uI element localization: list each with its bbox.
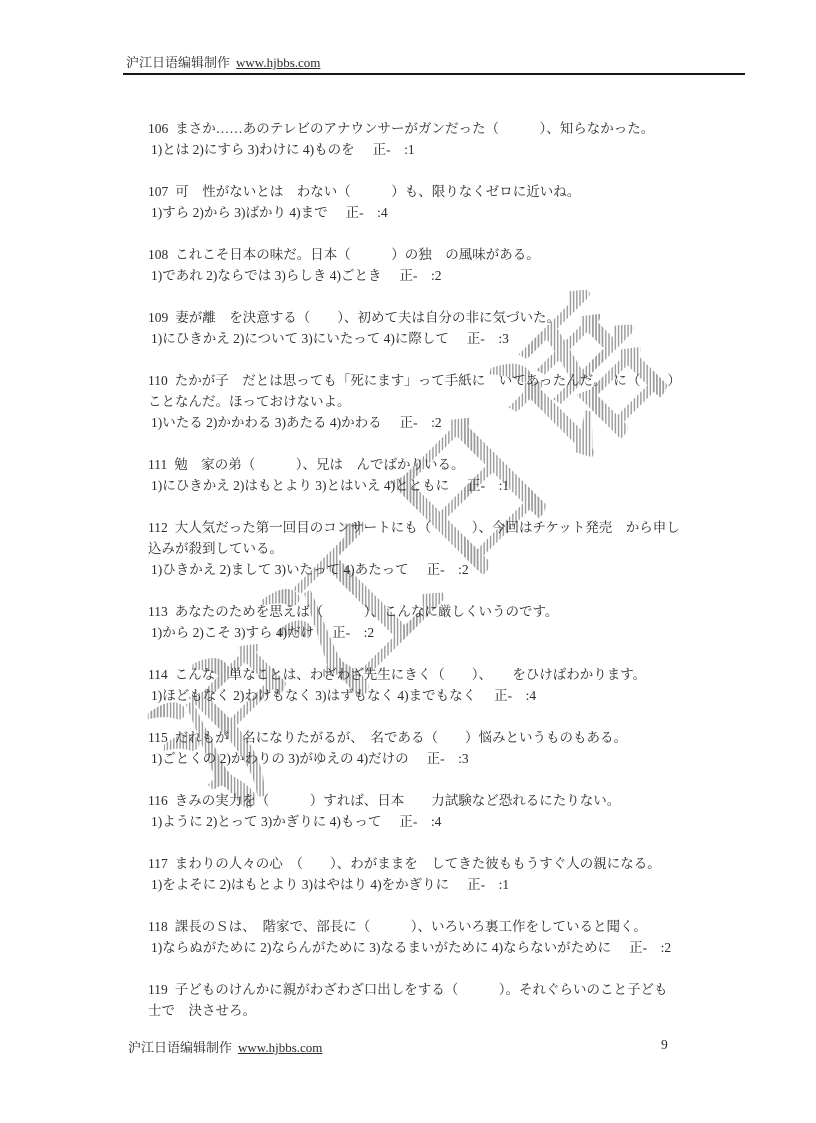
question-text: こんな 単なことは、わざわざ先生にきく（ ）、 をひけばわかります。 — [175, 667, 646, 682]
question-116: 116きみの実力を（ ）すれば、日本 力試験など恐れるにたりない。1)ように 2… — [148, 790, 748, 832]
question-117: 117まわりの人々の心 （ ）、わがままを してきた彼ももうすぐ人の親になる。1… — [148, 853, 748, 895]
answer-key: 正- :2 — [427, 562, 469, 577]
question-112: 112大人気だった第一回目のコンサートにも（ ）、今回はチケット発売 から申し込… — [148, 517, 748, 580]
question-line: 119子どものけんかに親がわざわざ口出しをする（ ）。それぐらいのこと子ども — [148, 979, 748, 1000]
question-text: 可 性がないとは わない（ ）も、限りなくゼロに近いね。 — [175, 184, 580, 199]
question-number: 108 — [148, 247, 168, 262]
question-text-continued: ことなんだ。ほっておけないよ。 — [148, 394, 351, 409]
options-text: 1)にひきかえ 2)について 3)にいたって 4)に際して — [151, 331, 449, 346]
question-options: 1)にひきかえ 2)について 3)にいたって 4)に際して正- :3 — [148, 328, 748, 349]
question-106: 106まさか……あのテレビのアナウンサーがガンだった（ ）、知らなかった。1)と… — [148, 118, 748, 160]
answer-key: 正- :2 — [332, 625, 374, 640]
answer-key: 正- :2 — [400, 415, 442, 430]
question-text: たかが子 だとは思っても「死にます」って手紙に いてあったんだ。 に（ ） — [175, 373, 681, 388]
question-line: 士で 決させろ。 — [148, 1000, 748, 1021]
answer-key: 正- :3 — [427, 751, 469, 766]
answer-key: 正- :1 — [467, 877, 509, 892]
question-number: 109 — [148, 310, 168, 325]
question-number: 116 — [148, 793, 168, 808]
question-text: あなたのためを思えば（ ）、こんなに厳しくいうのです。 — [175, 604, 559, 619]
question-108: 108これこそ日本の味だ。日本（ ）の独 の風味がある。1)であれ 2)ならでは… — [148, 244, 748, 286]
options-text: 1)から 2)こそ 3)すら 4)だけ — [151, 625, 314, 640]
question-110: 110たかが子 だとは思っても「死にます」って手紙に いてあったんだ。 に（ ）… — [148, 370, 748, 433]
question-line: 112大人気だった第一回目のコンサートにも（ ）、今回はチケット発売 から申し — [148, 517, 748, 538]
options-text: 1)ように 2)とって 3)かぎりに 4)もって — [151, 814, 381, 829]
page-header: 沪江日语编辑制作www.hjbbs.com — [126, 52, 320, 71]
question-text-continued: 士で 決させろ。 — [148, 1003, 256, 1018]
options-text: 1)ひきかえ 2)まして 3)いたって 4)あたって — [151, 562, 409, 577]
question-number: 107 — [148, 184, 168, 199]
answer-key: 正- :2 — [629, 940, 671, 955]
options-text: 1)をよそに 2)はもとより 3)はやはり 4)をかぎりに — [151, 877, 449, 892]
answer-key: 正- :1 — [467, 478, 509, 493]
options-text: 1)すら 2)から 3)ばかり 4)まで — [151, 205, 328, 220]
question-line: 114こんな 単なことは、わざわざ先生にきく（ ）、 をひけばわかります。 — [148, 664, 748, 685]
answer-key: 正- :4 — [494, 688, 536, 703]
question-text: 大人気だった第一回目のコンサートにも（ ）、今回はチケット発売 から申し — [175, 520, 680, 535]
question-line: 118課長のＳは、 階家で、部長に（ ）、いろいろ裏工作をしていると聞く。 — [148, 916, 748, 937]
question-number: 119 — [148, 982, 168, 997]
question-number: 118 — [148, 919, 168, 934]
question-text: 子どものけんかに親がわざわざ口出しをする（ ）。それぐらいのこと子ども — [175, 982, 668, 997]
question-text: 課長のＳは、 階家で、部長に（ ）、いろいろ裏工作をしていると聞く。 — [175, 919, 647, 934]
header-rule — [123, 73, 745, 75]
question-options: 1)であれ 2)ならでは 3)らしき 4)ごとき正- :2 — [148, 265, 748, 286]
question-options: 1)にひきかえ 2)はもとより 3)とはいえ 4)とともに正- :1 — [148, 475, 748, 496]
question-options: 1)ならぬがために 2)ならんがために 3)なるまいがために 4)ならないがため… — [148, 937, 748, 958]
question-line: 111勉 家の弟（ ）、兄は んでばかりいる。 — [148, 454, 748, 475]
question-line: 115だれもが 名になりたがるが、 名である（ ）悩みというものもある。 — [148, 727, 748, 748]
question-107: 107可 性がないとは わない（ ）も、限りなくゼロに近いね。1)すら 2)から… — [148, 181, 748, 223]
question-text: まわりの人々の心 （ ）、わがままを してきた彼ももうすぐ人の親になる。 — [175, 856, 661, 871]
footer-link[interactable]: www.hjbbs.com — [238, 1040, 322, 1055]
question-text: だれもが 名になりたがるが、 名である（ ）悩みというものもある。 — [175, 730, 627, 745]
options-text: 1)にひきかえ 2)はもとより 3)とはいえ 4)とともに — [151, 478, 449, 493]
question-line: 110たかが子 だとは思っても「死にます」って手紙に いてあったんだ。 に（ ） — [148, 370, 748, 391]
question-number: 115 — [148, 730, 168, 745]
question-number: 106 — [148, 121, 168, 136]
question-line: 込みが殺到している。 — [148, 538, 748, 559]
options-text: 1)であれ 2)ならでは 3)らしき 4)ごとき — [151, 268, 381, 283]
question-options: 1)から 2)こそ 3)すら 4)だけ正- :2 — [148, 622, 748, 643]
options-text: 1)いたる 2)かかわる 3)あたる 4)かわる — [151, 415, 382, 430]
question-number: 117 — [148, 856, 168, 871]
question-line: 109妻が離 を決意する（ ）、初めて夫は自分の非に気づいた。 — [148, 307, 748, 328]
question-text: 妻が離 を決意する（ ）、初めて夫は自分の非に気づいた。 — [175, 310, 560, 325]
question-options: 1)いたる 2)かかわる 3)あたる 4)かわる正- :2 — [148, 412, 748, 433]
question-line: 106まさか……あのテレビのアナウンサーがガンだった（ ）、知らなかった。 — [148, 118, 748, 139]
question-options: 1)ごとくの 2)かわりの 3)がゆえの 4)だけの正- :3 — [148, 748, 748, 769]
footer-credit: 沪江日语编辑制作 — [128, 1040, 232, 1055]
question-options: 1)すら 2)から 3)ばかり 4)まで正- :4 — [148, 202, 748, 223]
question-number: 114 — [148, 667, 168, 682]
answer-key: 正- :4 — [399, 814, 441, 829]
question-line: 107可 性がないとは わない（ ）も、限りなくゼロに近いね。 — [148, 181, 748, 202]
question-115: 115だれもが 名になりたがるが、 名である（ ）悩みというものもある。1)ごと… — [148, 727, 748, 769]
question-line: ことなんだ。ほっておけないよ。 — [148, 391, 748, 412]
question-114: 114こんな 単なことは、わざわざ先生にきく（ ）、 をひけばわかります。1)ほ… — [148, 664, 748, 706]
options-text: 1)ならぬがために 2)ならんがために 3)なるまいがために 4)ならないがため… — [151, 940, 611, 955]
question-line: 113あなたのためを思えば（ ）、こんなに厳しくいうのです。 — [148, 601, 748, 622]
options-text: 1)ほどもなく 2)わけもなく 3)はずもなく 4)までもなく — [151, 688, 476, 703]
question-options: 1)ように 2)とって 3)かぎりに 4)もって正- :4 — [148, 811, 748, 832]
answer-key: 正- :1 — [373, 142, 415, 157]
answer-key: 正- :3 — [467, 331, 509, 346]
header-credit: 沪江日语编辑制作 — [126, 55, 230, 70]
question-text: きみの実力を（ ）すれば、日本 力試験など恐れるにたりない。 — [175, 793, 621, 808]
question-line: 108これこそ日本の味だ。日本（ ）の独 の風味がある。 — [148, 244, 748, 265]
question-number: 113 — [148, 604, 168, 619]
header-link[interactable]: www.hjbbs.com — [236, 55, 320, 70]
answer-key: 正- :4 — [346, 205, 388, 220]
answer-key: 正- :2 — [399, 268, 441, 283]
question-line: 117まわりの人々の心 （ ）、わがままを してきた彼ももうすぐ人の親になる。 — [148, 853, 748, 874]
question-text: まさか……あのテレビのアナウンサーがガンだった（ ）、知らなかった。 — [175, 121, 654, 136]
question-number: 112 — [148, 520, 168, 535]
options-text: 1)とは 2)にすら 3)わけに 4)ものを — [151, 142, 355, 157]
page-number: 9 — [661, 1037, 668, 1053]
options-text: 1)ごとくの 2)かわりの 3)がゆえの 4)だけの — [151, 751, 409, 766]
question-options: 1)とは 2)にすら 3)わけに 4)ものを正- :1 — [148, 139, 748, 160]
question-119: 119子どものけんかに親がわざわざ口出しをする（ ）。それぐらいのこと子ども士で… — [148, 979, 748, 1021]
questions-list: 106まさか……あのテレビのアナウンサーがガンだった（ ）、知らなかった。1)と… — [148, 118, 748, 1042]
question-118: 118課長のＳは、 階家で、部長に（ ）、いろいろ裏工作をしていると聞く。1)な… — [148, 916, 748, 958]
question-line: 116きみの実力を（ ）すれば、日本 力試験など恐れるにたりない。 — [148, 790, 748, 811]
question-text-continued: 込みが殺到している。 — [148, 541, 283, 556]
question-number: 110 — [148, 373, 168, 388]
question-111: 111勉 家の弟（ ）、兄は んでばかりいる。1)にひきかえ 2)はもとより 3… — [148, 454, 748, 496]
question-text: 勉 家の弟（ ）、兄は んでばかりいる。 — [174, 457, 464, 472]
question-number: 111 — [148, 457, 167, 472]
question-options: 1)ほどもなく 2)わけもなく 3)はずもなく 4)までもなく正- :4 — [148, 685, 748, 706]
question-113: 113あなたのためを思えば（ ）、こんなに厳しくいうのです。1)から 2)こそ … — [148, 601, 748, 643]
question-109: 109妻が離 を決意する（ ）、初めて夫は自分の非に気づいた。1)にひきかえ 2… — [148, 307, 748, 349]
question-options: 1)をよそに 2)はもとより 3)はやはり 4)をかぎりに正- :1 — [148, 874, 748, 895]
page-footer: 沪江日语编辑制作www.hjbbs.com — [128, 1037, 322, 1056]
question-text: これこそ日本の味だ。日本（ ）の独 の風味がある。 — [175, 247, 540, 262]
question-options: 1)ひきかえ 2)まして 3)いたって 4)あたって正- :2 — [148, 559, 748, 580]
